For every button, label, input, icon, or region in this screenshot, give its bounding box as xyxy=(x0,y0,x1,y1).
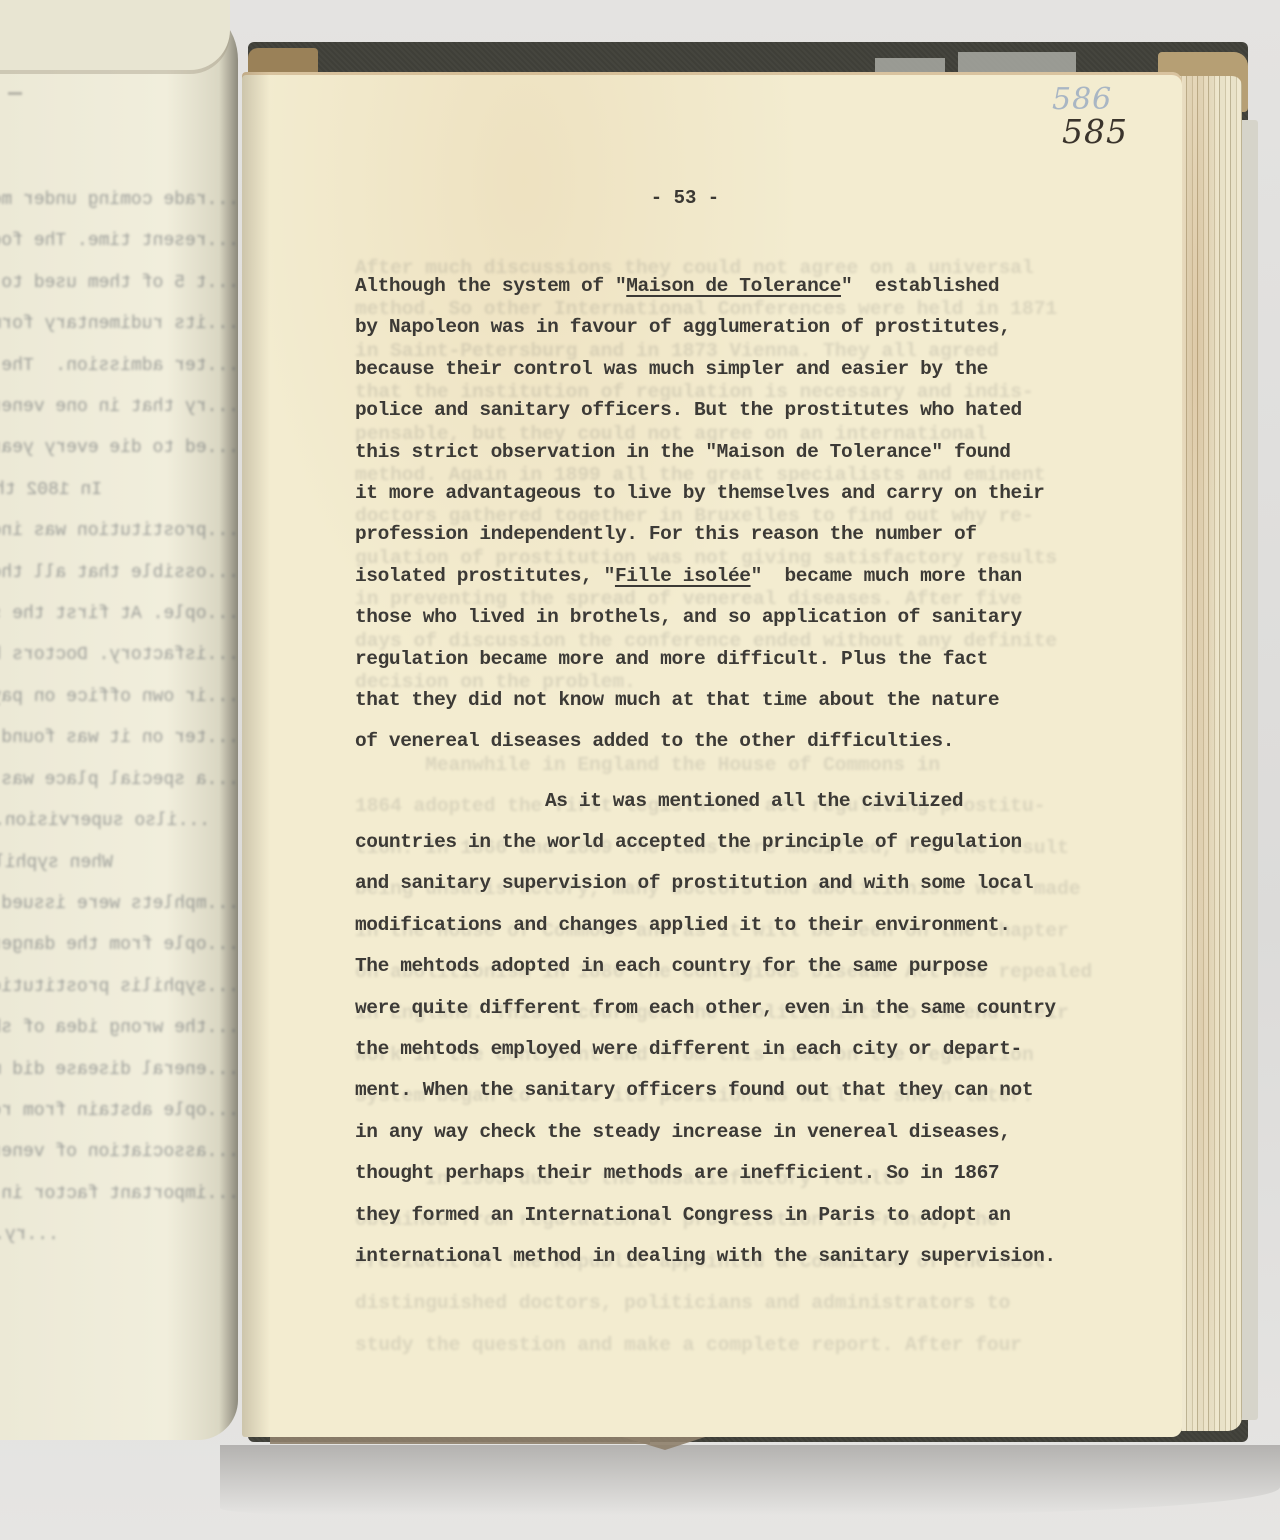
text-line: were quite different from each other, ev… xyxy=(355,988,1155,1029)
underlined-term: Fille isolée xyxy=(615,565,751,587)
text-line: The mehtods adopted in each country for … xyxy=(355,946,1155,987)
left-page-show-through: ...rade coming under med ...resent time.… xyxy=(0,180,239,1257)
body-text: Although the system of "Maison de Tolera… xyxy=(355,266,1155,1277)
text-line: by Napoleon was in favour of agglumerati… xyxy=(355,307,1155,348)
text-line: because their control was much simpler a… xyxy=(355,349,1155,390)
text-line: the mehtods employed were different in e… xyxy=(355,1029,1155,1070)
book-shadow xyxy=(220,1445,1280,1515)
text-line: that they did not know much at that time… xyxy=(355,680,1155,721)
text-line: thought perhaps their methods are ineffi… xyxy=(355,1153,1155,1194)
text-line: police and sanitary officers. But the pr… xyxy=(355,390,1155,431)
text-line: those who lived in brothels, and so appl… xyxy=(355,597,1155,638)
text-line: of venereal diseases added to the other … xyxy=(355,721,1155,762)
text-line: modifications and changes applied it to … xyxy=(355,905,1155,946)
paragraph-gap xyxy=(355,763,1155,781)
text-line: Although the system of "Maison de Tolera… xyxy=(355,266,1155,307)
text-line: and sanitary supervision of prostitution… xyxy=(355,863,1155,904)
text-line: isolated prostitutes, "Fille isolée" bec… xyxy=(355,556,1155,597)
text-line: they formed an International Congress in… xyxy=(355,1195,1155,1236)
page-stack-edges xyxy=(1176,76,1242,1431)
text-line: international method in dealing with the… xyxy=(355,1236,1155,1277)
text-line: countries in the world accepted the prin… xyxy=(355,822,1155,863)
text-line: in any way check the steady increase in … xyxy=(355,1112,1155,1153)
text-line: ment. When the sanitary officers found o… xyxy=(355,1070,1155,1111)
left-page-top-edge xyxy=(0,0,230,70)
text-line: this strict observation in the "Maison d… xyxy=(355,432,1155,473)
page-number: - 53 - xyxy=(630,187,740,209)
text-line: it more advantageous to live by themselv… xyxy=(355,473,1155,514)
text-line: regulation became more and more difficul… xyxy=(355,639,1155,680)
folio-number: 585 xyxy=(1062,112,1128,151)
text-line: As it was mentioned all the civilized xyxy=(355,781,1155,822)
text-line: profession independently. For this reaso… xyxy=(355,514,1155,555)
left-page-number-dash xyxy=(8,92,22,95)
underlined-term: Maison de Tolerance xyxy=(626,275,841,297)
